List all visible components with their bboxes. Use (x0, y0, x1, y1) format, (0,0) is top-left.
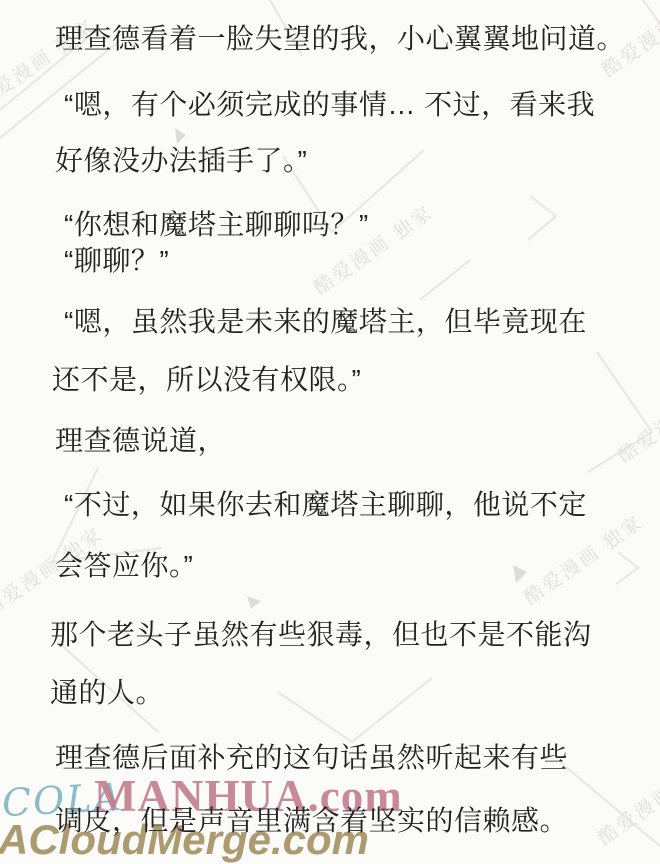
novel-text-line: 理查德看着一脸失望的我，小心翼翼地问道。 (55, 24, 625, 54)
novel-text-line: 那个老头子虽然有些狠毒，但也不是不能沟 (50, 620, 592, 650)
novel-text-line: “嗯，有个必须完成的事情… 不过，看来我 (64, 90, 595, 120)
novel-text-line: “不过，如果你去和魔塔主聊聊，他说不定 (64, 490, 587, 520)
novel-text-line: 通的人。 (50, 678, 164, 708)
novel-text-line: “你想和魔塔主聊聊吗？” (64, 210, 369, 240)
novel-page: 酷爱漫画 独家 酷爱漫画 独家 酷爱漫画 独家 酷爱漫画 独家 酷爱漫画 独家 … (0, 0, 660, 864)
novel-text-line: “嗯，虽然我是未来的魔塔主，但毕竟现在 (64, 307, 587, 337)
novel-text-line: 调皮，但是声音里满含着坚实的信赖感。 (55, 806, 568, 836)
novel-text-line: 好像没办法插手了。” (55, 146, 307, 176)
novel-text-line: 理查德后面补充的这句话虽然听起来有些 (55, 743, 568, 773)
novel-text-line: 会答应你。” (55, 551, 193, 581)
novel-text-line: 还不是，所以没有权限。” (52, 365, 361, 395)
novel-text-line: “聊聊？” (64, 246, 169, 276)
novel-text-line: 理查德说道， (55, 426, 226, 456)
